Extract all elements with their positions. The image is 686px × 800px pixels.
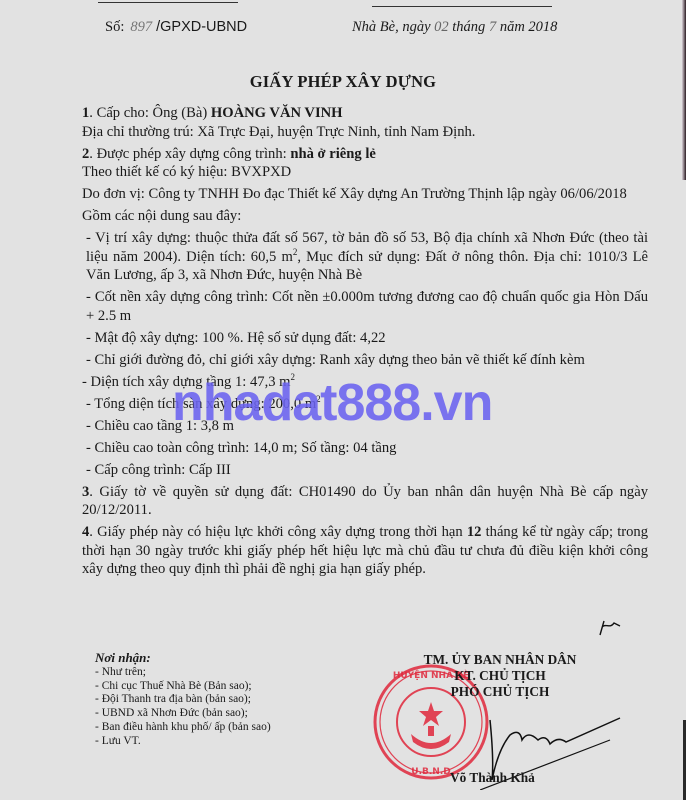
handwritten-month: 7 xyxy=(489,19,496,35)
total-floor-area: - Tổng diện tích sàn xây dựng: 200,0 m2 xyxy=(82,395,648,414)
total-height: - Chiều cao toàn công trình: 14,0 m; Số … xyxy=(82,439,648,458)
document-date: Nhà Bè, ngày 02 tháng 7 năm 2018 xyxy=(352,19,557,36)
handwritten-day: 02 xyxy=(434,19,449,35)
foundation-level: - Cốt nền xây dựng công trình: Cốt nền ±… xyxy=(82,288,648,325)
section-1-heading: 1. Cấp cho: Ông (Bà) HOÀNG VĂN VINH xyxy=(82,104,648,123)
cut-off-header-right xyxy=(372,0,552,8)
permit-document: Số:897/GPXD-UBND Nhà Bè, ngày 02 tháng 7… xyxy=(0,0,686,800)
signatory-line: PHÓ CHỦ TỊCH xyxy=(400,684,600,700)
recipient-item: - Chi cục Thuế Nhà Bè (Bản sao); xyxy=(95,680,271,694)
document-number: Số:897/GPXD-UBND xyxy=(105,19,247,36)
recipients-list: Nơi nhận: - Như trên; - Chi cục Thuế Nhà… xyxy=(95,651,271,749)
section-2-heading: 2. Được phép xây dựng công trình: nhà ở … xyxy=(82,145,648,164)
contents-intro: Gồm các nội dung sau đây: xyxy=(82,207,648,226)
recipient-item: - Đội Thanh tra địa bàn (bản sao); xyxy=(95,693,271,707)
recipient-item: - UBND xã Nhơn Đức (bản sao); xyxy=(95,707,271,721)
permit-body: 1. Cấp cho: Ông (Bà) HOÀNG VĂN VINH Địa … xyxy=(82,104,648,579)
recipient-item: - Như trên; xyxy=(95,666,271,680)
signatory-line: TM. ỦY BAN NHÂN DÂN xyxy=(400,652,600,668)
handwritten-number: 897 xyxy=(130,19,152,36)
designer: Do đơn vị: Công ty TNHH Đo đạc Thiết kế … xyxy=(82,185,648,204)
signatory-line: KT. CHỦ TỊCH xyxy=(400,668,600,684)
signer-name: Võ Thành Khả xyxy=(450,770,535,786)
signatory-block: TM. ỦY BAN NHÂN DÂN KT. CHỦ TỊCH PHÓ CHỦ… xyxy=(400,652,600,700)
handwritten-initial-icon xyxy=(596,617,624,637)
design-code: Theo thiết kế có ký hiệu: BVXPXD xyxy=(82,163,648,182)
ground-floor-area: - Diện tích xây dựng tầng 1: 47,3 m2 xyxy=(82,373,648,392)
section-1-address: Địa chỉ thường trú: Xã Trực Đại, huyện T… xyxy=(82,123,648,142)
building-grade: - Cấp công trình: Cấp III xyxy=(82,461,648,480)
location: - Vị trí xây dựng: thuộc thửa đất số 567… xyxy=(82,229,648,285)
recipients-heading: Nơi nhận: xyxy=(95,651,271,665)
recipient-item: - Lưu VT. xyxy=(95,735,271,749)
boundary: - Chỉ giới đường đỏ, chỉ giới xây dựng: … xyxy=(82,351,648,370)
svg-text:U.B.N.D: U.B.N.D xyxy=(411,767,450,777)
cut-off-header-left xyxy=(98,0,238,5)
building-density: - Mật độ xây dựng: 100 %. Hệ số sử dụng … xyxy=(82,329,648,348)
ground-floor-height: - Chiều cao tầng 1: 3,8 m xyxy=(82,417,648,436)
document-title: GIẤY PHÉP XÂY DỰNG xyxy=(0,72,686,92)
recipient-item: - Ban điều hành khu phố/ ấp (bản sao) xyxy=(95,721,271,735)
section-3: 3. Giấy tờ về quyền sử dụng đất: CH01490… xyxy=(82,483,648,520)
section-4: 4. Giấy phép này có hiệu lực khởi công x… xyxy=(82,523,648,579)
